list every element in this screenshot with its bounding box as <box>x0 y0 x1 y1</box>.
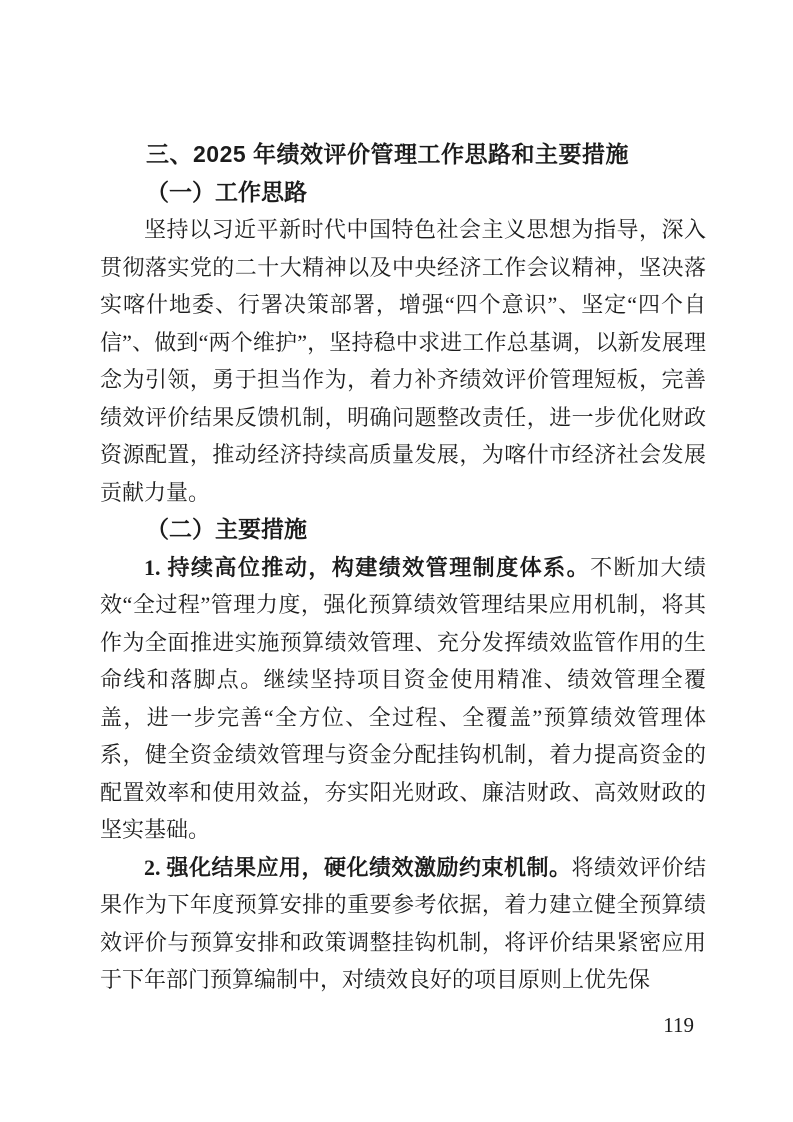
measure-1-text: 不断加大绩效“全过程”管理力度，强化预算绩效管理结果应用机制，将其作为全面推进实… <box>100 555 706 843</box>
document-page: 三、2025 年绩效评价管理工作思路和主要措施 （一）工作思路 坚持以习近平新时… <box>0 0 793 1122</box>
measure-1-lead: 1. 持续高位推动，构建绩效管理制度体系。 <box>144 555 590 580</box>
measure-paragraph-2: 2. 强化结果应用，硬化绩效激励约束机制。将绩效评价结果作为下年度预算安排的重要… <box>100 849 706 999</box>
work-ideas-paragraph: 坚持以习近平新时代中国特色社会主义思想为指导，深入贯彻落实党的二十大精神以及中央… <box>100 211 706 511</box>
subsection-heading-work-ideas: （一）工作思路 <box>100 174 706 212</box>
subsection-heading-main-measures: （二）主要措施 <box>100 511 706 549</box>
measure-2-lead: 2. 强化结果应用，硬化绩效激励约束机制。 <box>144 855 571 880</box>
measure-paragraph-1: 1. 持续高位推动，构建绩效管理制度体系。不断加大绩效“全过程”管理力度，强化预… <box>100 549 706 849</box>
section-heading: 三、2025 年绩效评价管理工作思路和主要措施 <box>100 136 706 174</box>
text-block: 三、2025 年绩效评价管理工作思路和主要措施 （一）工作思路 坚持以习近平新时… <box>100 136 706 999</box>
page-number: 119 <box>663 1013 694 1037</box>
